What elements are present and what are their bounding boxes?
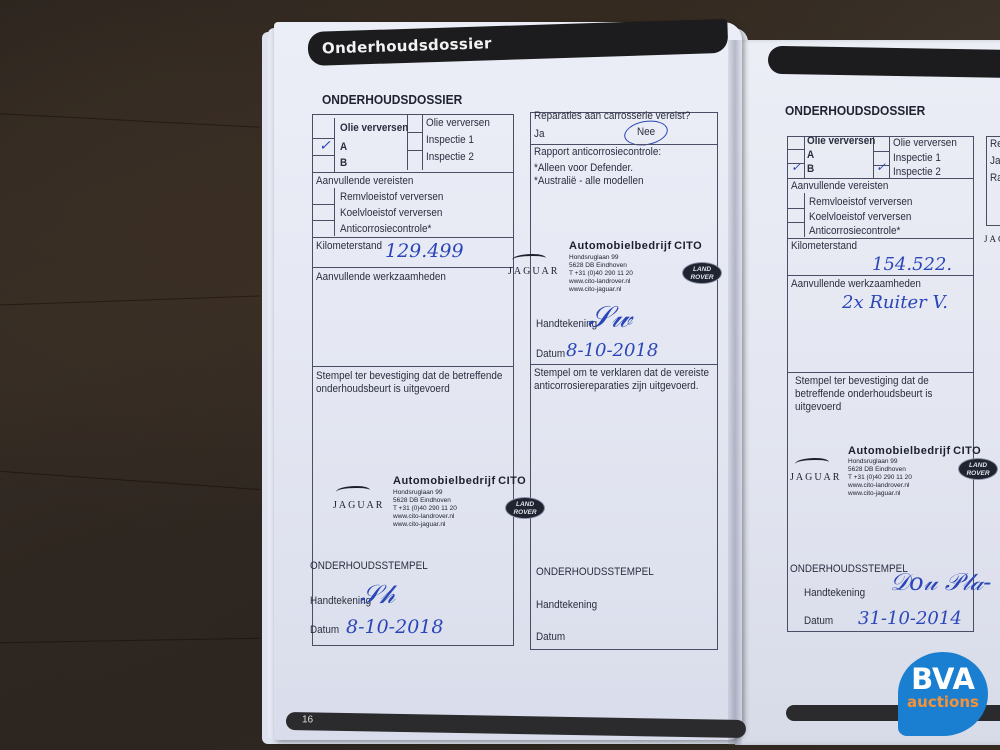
grid-line [530, 364, 718, 365]
stamp-confirm-text: Stempel ter bevestiging dat de betreffen… [316, 370, 505, 396]
grid-line [787, 372, 974, 373]
dealer-name-prefix: Automobielbedrijf [393, 475, 496, 487]
date-value: 31-10-2014 [858, 608, 962, 629]
grid-line [334, 118, 335, 172]
grid-line [787, 208, 804, 209]
book-spine [728, 40, 742, 745]
answer-yes[interactable]: Ja [534, 128, 544, 140]
anticorrosion-stamp-text-content: Stempel om te verklaren dat de vereiste … [534, 367, 719, 393]
stamp-confirm-text: Stempel ter bevestiging dat de betreffen… [795, 375, 980, 414]
grid-line [312, 172, 514, 173]
checkmark-icon[interactable]: ✓ [319, 138, 331, 154]
page-header-title: Onderhoudsdossier [322, 34, 492, 57]
brake-fluid-item: Remvloeistof verversen [809, 196, 912, 208]
jaguar-logo: JAGUAR [333, 500, 384, 511]
stamp-confirm-text-content: Stempel ter bevestiging dat de betreffen… [795, 375, 980, 414]
dealer-name: Automobielbedrijf CITO [569, 240, 702, 252]
grid-line [334, 188, 335, 236]
grid-line [407, 150, 422, 151]
cut-off-label: Re [990, 138, 1000, 150]
grid-line [422, 114, 423, 170]
jaguar-logo: JAGUAR [508, 266, 559, 277]
additional-requirements-title: Aanvullende vereisten [791, 180, 888, 192]
dealer-web-landrover: www.cito-landrover.nl [848, 482, 909, 489]
dealer-phone: T +31 (0)40 290 11 20 [569, 270, 633, 277]
dealer-web-landrover: www.cito-landrover.nl [393, 513, 454, 520]
bva-logo-subtext: auctions [898, 694, 988, 710]
dealer-name-brand: CITO [953, 445, 981, 457]
option-inspection-2: Inspectie 2 [893, 166, 941, 178]
dealer-address: Hondsruglaan 99 [393, 489, 443, 496]
grid-line [889, 136, 890, 178]
dealer-name-prefix: Automobielbedrijf [569, 240, 672, 252]
anticorrosion-item: Anticorrosiecontrole* [340, 223, 431, 235]
dealer-name-brand: CITO [498, 475, 526, 487]
section-title: ONDERHOUDSDOSSIER [785, 103, 925, 118]
stamp-confirm-text-content: Stempel ter bevestiging dat de betreffen… [316, 370, 505, 396]
grid-line [804, 193, 805, 237]
jaguar-leaper-icon [795, 458, 829, 468]
option-a: A [340, 141, 347, 153]
extra-work-label: Aanvullende werkzaamheden [316, 271, 446, 283]
mileage-value: 154.522. [872, 254, 952, 275]
jaguar-leaper-icon [512, 254, 546, 264]
dealer-city: 5628 DB Eindhoven [569, 262, 627, 269]
grid-line [312, 220, 334, 221]
option-inspection-2: Inspectie 2 [426, 151, 474, 163]
checkmark-icon[interactable]: ✓ [876, 160, 886, 174]
dealer-name: Automobielbedrijf CITO [393, 475, 526, 487]
dealer-name: Automobielbedrijf CITO [848, 445, 981, 457]
signature-label: Handtekening [536, 599, 597, 611]
maintenance-stamp-label: ONDERHOUDSSTEMPEL [536, 566, 654, 578]
bva-auctions-logo: BVA auctions [898, 652, 988, 736]
grid-line [312, 366, 514, 367]
date-label: Datum [310, 624, 339, 636]
section-title: ONDERHOUDSDOSSIER [322, 92, 462, 107]
grid-line [873, 151, 889, 152]
wood-grain [0, 471, 259, 490]
dealer-web-jaguar: www.cito-jaguar.nl [848, 490, 900, 497]
option-inspection-1: Inspectie 1 [893, 152, 941, 164]
dealer-address: Hondsruglaan 99 [569, 254, 619, 261]
anticorrosion-report-title: Rapport anticorrosiecontrole: [534, 146, 661, 158]
oil-change-title: Olie verversen [340, 122, 408, 134]
grid-line [312, 267, 514, 268]
option-oil-change: Olie verversen [426, 117, 490, 129]
maintenance-stamp-label: ONDERHOUDSSTEMPEL [310, 560, 428, 572]
wood-grain [0, 113, 260, 128]
anticorrosion-item: Anticorrosiecontrole* [809, 225, 900, 237]
option-oil-change: Olie verversen [893, 137, 957, 149]
extra-work-label: Aanvullende werkzaamheden [791, 278, 921, 290]
wood-grain [0, 638, 260, 644]
signature-scribble: 𝒮𝒽 [360, 580, 395, 611]
mileage-label: Kilometerstand [316, 240, 382, 252]
checkmark-icon[interactable]: ✓ [791, 160, 801, 174]
wood-grain [0, 295, 260, 305]
land-rover-logo: LANDROVER [958, 458, 998, 480]
oil-change-title: Olie verversen [807, 135, 875, 147]
jaguar-logo: JAGUAR [790, 472, 841, 483]
grid-line [787, 149, 804, 150]
brake-fluid-item: Remvloeistof verversen [340, 191, 443, 203]
grid-line [787, 275, 974, 276]
option-b: B [807, 163, 814, 175]
cut-off-label: Ja [990, 155, 1000, 167]
option-a: A [807, 149, 814, 161]
land-rover-logo: LANDROVER [505, 497, 545, 519]
land-rover-logo: LANDROVER [682, 262, 722, 284]
signature-scribble: 𝒮𝓌 [588, 300, 632, 335]
dealer-web-jaguar: www.cito-jaguar.nl [569, 286, 621, 293]
grid-line [530, 144, 718, 145]
dealer-city: 5628 DB Eindhoven [393, 497, 451, 504]
grid-line [787, 178, 974, 179]
cut-off-jaguar-logo: JAG [984, 234, 1000, 244]
date-label: Datum [804, 615, 833, 627]
extra-work-value: 2x Ruiter V. [842, 292, 948, 313]
dealer-name-prefix: Automobielbedrijf [848, 445, 951, 457]
dealer-phone: T +31 (0)40 290 11 20 [393, 505, 457, 512]
grid-line [312, 155, 334, 156]
bva-logo-text: BVA [898, 664, 988, 694]
anticorrosion-stamp-text: Stempel om te verklaren dat de vereiste … [534, 367, 719, 393]
grid-line [804, 136, 805, 178]
dealer-web-landrover: www.cito-landrover.nl [569, 278, 630, 285]
date-label: Datum [536, 631, 565, 643]
date-value: 8-10-2018 [346, 616, 443, 638]
note-australia: *Australië - alle modellen [534, 175, 644, 187]
grid-line [787, 222, 804, 223]
mileage-label: Kilometerstand [791, 240, 857, 252]
mileage-value: 129.499 [385, 240, 464, 262]
dealer-city: 5628 DB Eindhoven [848, 466, 906, 473]
additional-requirements-title: Aanvullende vereisten [316, 175, 413, 187]
dealer-phone: T +31 (0)40 290 11 20 [848, 474, 912, 481]
dealer-address: Hondsruglaan 99 [848, 458, 898, 465]
cut-off-label: Ra [990, 172, 1000, 184]
body-repair-question: Reparaties aan carrosserie vereist? [534, 110, 690, 122]
date-label: Datum [536, 348, 565, 360]
signature-label: Handtekening [804, 587, 865, 599]
page-number: 16 [302, 714, 313, 725]
dealer-name-brand: CITO [674, 240, 702, 252]
grid-line [312, 204, 334, 205]
note-defender: *Alleen voor Defender. [534, 162, 633, 174]
signature-scribble: 𝒟𝑜𝓊 𝒫𝓁𝒶- [890, 568, 991, 596]
page-header-bar-right [768, 46, 1000, 79]
option-b: B [340, 157, 347, 169]
grid-line [312, 237, 514, 238]
jaguar-leaper-icon [336, 486, 370, 496]
coolant-item: Koelvloeistof verversen [340, 207, 442, 219]
date-value: 8-10-2018 [566, 340, 658, 361]
coolant-item: Koelvloeistof verversen [809, 211, 911, 223]
dealer-web-jaguar: www.cito-jaguar.nl [393, 521, 445, 528]
grid-line [787, 238, 974, 239]
option-inspection-1: Inspectie 1 [426, 134, 474, 146]
grid-line [407, 132, 422, 133]
